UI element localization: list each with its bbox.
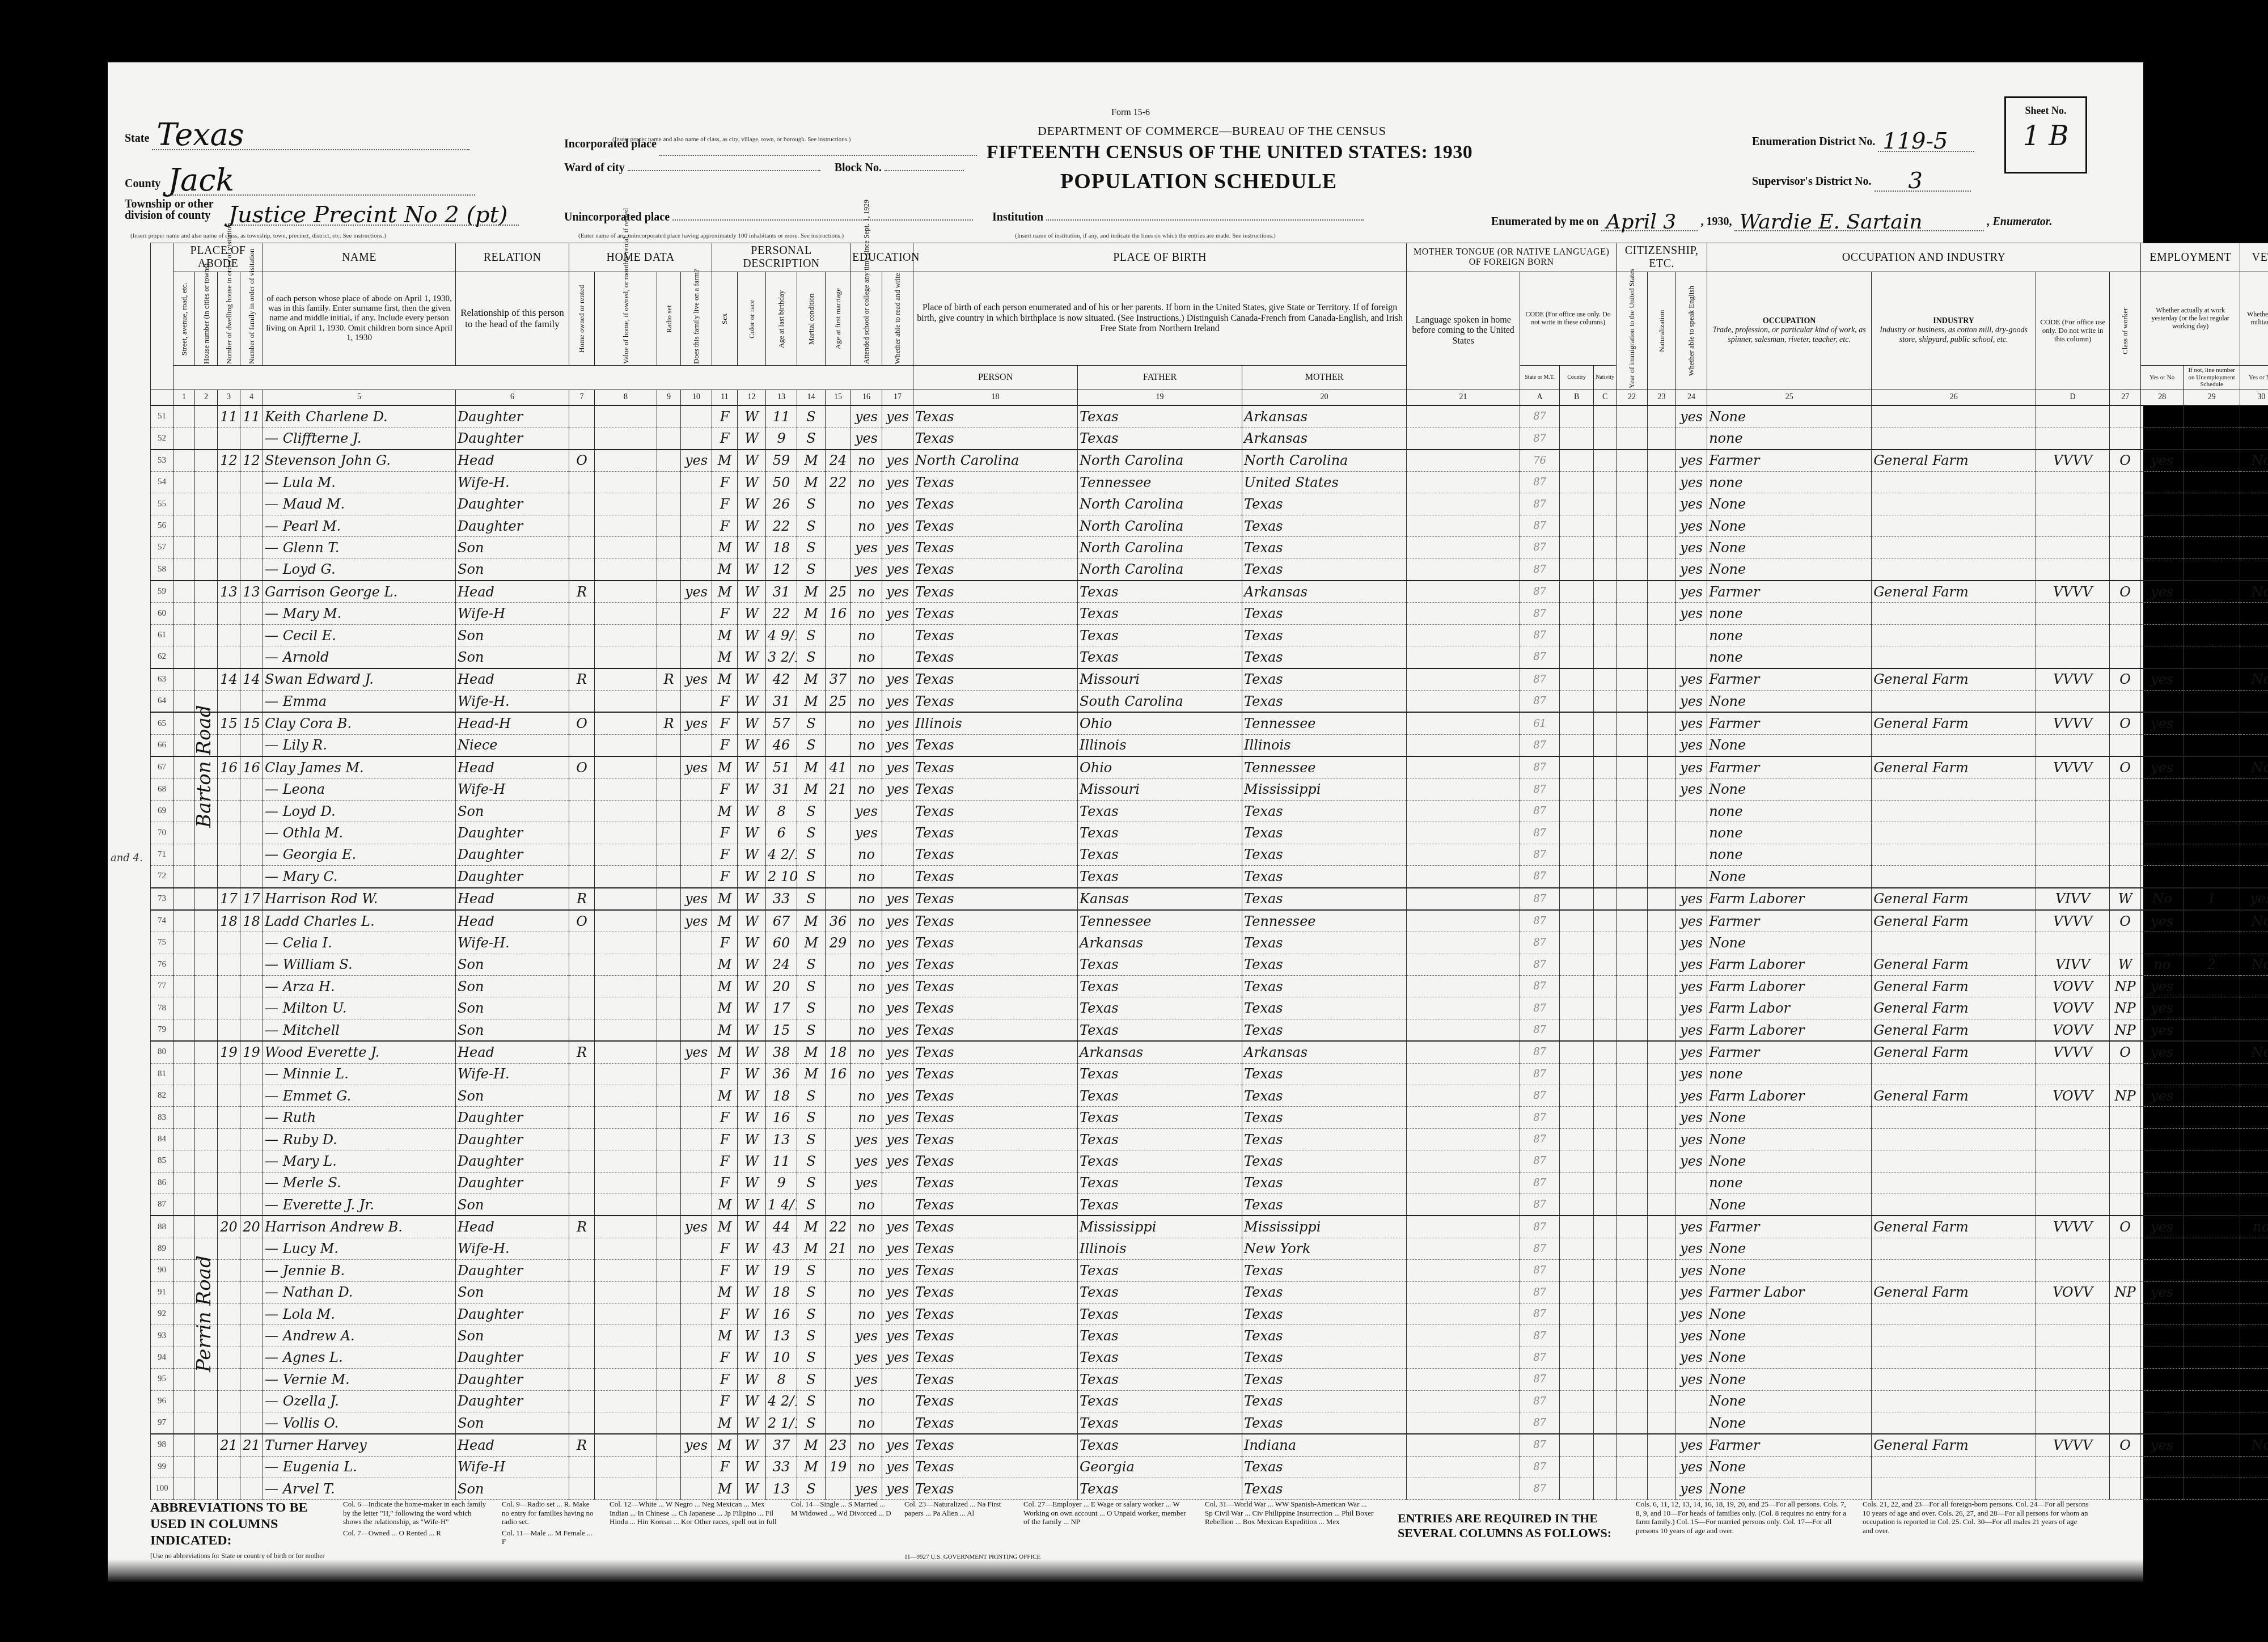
cell-name: Turner Harvey bbox=[263, 1434, 456, 1456]
cell-occupation: Farm Laborer bbox=[1707, 976, 1872, 997]
cell-school: yes bbox=[851, 1325, 882, 1347]
cell-relation: Wife-H bbox=[456, 778, 569, 800]
cell-class bbox=[2110, 515, 2141, 536]
cell-pob-mother: Texas bbox=[1242, 668, 1407, 691]
cell-dwelling bbox=[218, 1456, 240, 1478]
cell-pob-father: North Carolina bbox=[1078, 558, 1242, 581]
cell-work: yes bbox=[2141, 581, 2184, 603]
cell-relation: Son bbox=[456, 1478, 569, 1500]
cell-occ-code bbox=[2036, 1412, 2110, 1434]
cell-pob-father: Arkansas bbox=[1078, 1041, 1242, 1063]
cell-family bbox=[240, 1194, 263, 1216]
cell-race: W bbox=[738, 1216, 766, 1238]
cell-race: W bbox=[738, 712, 766, 734]
cell-blank bbox=[1617, 581, 1648, 603]
cell-blank bbox=[1407, 932, 1520, 954]
cell-read: yes bbox=[882, 1216, 913, 1238]
column-number: 3 bbox=[218, 390, 240, 405]
cell-blank bbox=[1648, 1478, 1676, 1500]
cell-blank bbox=[1560, 954, 1594, 975]
cell-sex: M bbox=[712, 910, 738, 932]
cell-occupation: none bbox=[1707, 800, 1872, 822]
cell-value bbox=[595, 1063, 657, 1085]
cell-industry bbox=[1872, 1194, 2036, 1216]
cell-name: Ladd Charles L. bbox=[263, 910, 456, 932]
cell-blank bbox=[174, 1172, 195, 1194]
cell-blank bbox=[195, 515, 218, 536]
cell-school: no bbox=[851, 1194, 882, 1216]
cell-blank bbox=[1560, 932, 1594, 954]
cell-age: 33 bbox=[766, 1456, 797, 1478]
cell-blank bbox=[1560, 405, 1594, 428]
cell-speak-english: yes bbox=[1676, 1303, 1707, 1324]
cell-blank bbox=[1594, 1369, 1617, 1390]
cell-work bbox=[2141, 472, 2184, 493]
col-9-header: Radio set bbox=[657, 272, 681, 366]
cell-name: Garrison George L. bbox=[263, 581, 456, 603]
table-row: 68— LeonaWife-HFW31M21noyesTexasMissouri… bbox=[151, 778, 2268, 800]
cell-family bbox=[240, 1019, 263, 1041]
cell-radio bbox=[657, 1412, 681, 1434]
cell-blank bbox=[1560, 646, 1594, 668]
cell-occupation: none bbox=[1707, 1063, 1872, 1085]
cell-age-marr bbox=[826, 1347, 851, 1368]
cell-industry bbox=[1872, 1260, 2036, 1281]
cell-pob: Texas bbox=[913, 1063, 1078, 1085]
cell-unemp bbox=[2184, 1019, 2240, 1041]
cell-unemp bbox=[2184, 581, 2240, 603]
cell-family: 16 bbox=[240, 756, 263, 778]
cell-farm bbox=[681, 1412, 712, 1434]
cell-farm bbox=[681, 537, 712, 558]
cell-age: 4 2/12 bbox=[766, 844, 797, 865]
cell-radio bbox=[657, 405, 681, 428]
cell-race: W bbox=[738, 428, 766, 450]
cell-pob-mother: Arkansas bbox=[1242, 428, 1407, 450]
cell-blank bbox=[1594, 1041, 1617, 1063]
table-row: 62— ArnoldSonMW3 2/12SnoTexasTexasTexas8… bbox=[151, 646, 2268, 668]
cell-blank bbox=[1648, 603, 1676, 624]
cell-line: 66 bbox=[151, 734, 174, 756]
cell-code: 87 bbox=[1520, 668, 1560, 691]
cell-pob: Texas bbox=[913, 888, 1078, 910]
cell-owned: O bbox=[569, 756, 595, 778]
cell-blank bbox=[174, 1303, 195, 1324]
cell-blank bbox=[1617, 1063, 1648, 1085]
cell-read: yes bbox=[882, 712, 913, 734]
cell-name: Swan Edward J. bbox=[263, 668, 456, 691]
cell-sex: F bbox=[712, 822, 738, 844]
cell-blank bbox=[1648, 691, 1676, 713]
cell-line: 97 bbox=[151, 1412, 174, 1434]
cell-age-marr bbox=[826, 405, 851, 428]
cell-age-marr: 21 bbox=[826, 1238, 851, 1259]
cell-blank bbox=[1648, 954, 1676, 975]
abbreviations-footer: ABBREVIATIONS TO BE USED IN COLUMNS INDI… bbox=[150, 1500, 2101, 1568]
cell-value bbox=[595, 1107, 657, 1128]
cell-school: no bbox=[851, 932, 882, 954]
cell-race: W bbox=[738, 734, 766, 756]
cell-work bbox=[2141, 1194, 2184, 1216]
cell-owned bbox=[569, 1281, 595, 1303]
table-row: 801919Wood Everette J.HeadRyesMW38M18noy… bbox=[151, 1041, 2268, 1063]
cell-blank bbox=[1648, 932, 1676, 954]
cell-read: yes bbox=[882, 888, 913, 910]
cell-occupation: None bbox=[1707, 734, 1872, 756]
cell-blank bbox=[174, 646, 195, 668]
cell-marital: M bbox=[797, 691, 826, 713]
cell-dwelling bbox=[218, 1260, 240, 1281]
cell-pob-mother: Texas bbox=[1242, 1456, 1407, 1478]
col-8-header: Value of home, if owned, or monthly rent… bbox=[595, 272, 657, 366]
cell-family: 12 bbox=[240, 450, 263, 472]
cell-race: W bbox=[738, 1260, 766, 1281]
cell-work bbox=[2141, 1128, 2184, 1150]
cell-pob-mother: Texas bbox=[1242, 1172, 1407, 1194]
cell-pob-mother: Texas bbox=[1242, 1128, 1407, 1150]
cell-race: W bbox=[738, 1150, 766, 1172]
cell-school: yes bbox=[851, 1172, 882, 1194]
cell-pob: Texas bbox=[913, 778, 1078, 800]
cell-value bbox=[595, 1085, 657, 1107]
cell-code: 87 bbox=[1520, 954, 1560, 975]
cell-radio bbox=[657, 1150, 681, 1172]
cell-occupation: Farmer bbox=[1707, 581, 1872, 603]
cell-blank bbox=[1594, 910, 1617, 932]
cell-school: no bbox=[851, 976, 882, 997]
cell-industry bbox=[1872, 537, 2036, 558]
cell-race: W bbox=[738, 581, 766, 603]
cell-family bbox=[240, 734, 263, 756]
cell-occ-code bbox=[2036, 1172, 2110, 1194]
column-number: 13 bbox=[766, 390, 797, 405]
cell-blank bbox=[1407, 1260, 1520, 1281]
cell-blank bbox=[1648, 888, 1676, 910]
cell-value bbox=[595, 515, 657, 536]
cell-veteran bbox=[2240, 1412, 2268, 1434]
cell-read: yes bbox=[882, 1085, 913, 1107]
cell-blank bbox=[1407, 888, 1520, 910]
cell-veteran bbox=[2240, 472, 2268, 493]
cell-code: 87 bbox=[1520, 581, 1560, 603]
column-number: 6 bbox=[456, 390, 569, 405]
cell-blank bbox=[1560, 558, 1594, 581]
cell-family bbox=[240, 1128, 263, 1150]
cell-value bbox=[595, 976, 657, 997]
cell-race: W bbox=[738, 844, 766, 865]
cell-work bbox=[2141, 1172, 2184, 1194]
cell-age: 13 bbox=[766, 1128, 797, 1150]
col14-abbrev: Col. 14—Single ... S Married ... M Widow… bbox=[791, 1500, 893, 1517]
cell-age: 24 bbox=[766, 954, 797, 975]
cell-code: 87 bbox=[1520, 1107, 1560, 1128]
population-rows: 511111Keith Charlene D.DaughterFW11Syesy… bbox=[151, 405, 2268, 1500]
cell-occ-code bbox=[2036, 866, 2110, 888]
cell-value bbox=[595, 756, 657, 778]
column-number: 17 bbox=[882, 390, 913, 405]
cell-line: 75 bbox=[151, 932, 174, 954]
cell-age-marr bbox=[826, 1194, 851, 1216]
cell-pob-mother: Texas bbox=[1242, 558, 1407, 581]
cell-blank bbox=[1648, 1019, 1676, 1041]
table-row: 75— Celia I.Wife-H.FW60M29noyesTexasArka… bbox=[151, 932, 2268, 954]
cell-age: 1 4/12 bbox=[766, 1194, 797, 1216]
cell-pob: Texas bbox=[913, 1412, 1078, 1434]
cell-blank bbox=[1594, 997, 1617, 1019]
cell-name: — William S. bbox=[263, 954, 456, 975]
cell-blank bbox=[1407, 603, 1520, 624]
cell-age-marr bbox=[826, 734, 851, 756]
cell-age: 22 bbox=[766, 603, 797, 624]
cell-race: W bbox=[738, 1281, 766, 1303]
cell-class bbox=[2110, 932, 2141, 954]
cell-farm bbox=[681, 734, 712, 756]
cell-blank bbox=[1560, 1325, 1594, 1347]
cell-speak-english: yes bbox=[1676, 1063, 1707, 1085]
cell-radio bbox=[657, 1390, 681, 1412]
cell-occ-code: VIVV bbox=[2036, 888, 2110, 910]
cell-occupation: None bbox=[1707, 493, 1872, 515]
cell-unemp bbox=[2184, 1412, 2240, 1434]
cell-blank bbox=[1617, 1478, 1648, 1500]
cell-sex: F bbox=[712, 493, 738, 515]
table-row: 731717Harrison Rod W.HeadRyesMW33SnoyesT… bbox=[151, 888, 2268, 910]
cell-pob-mother: Texas bbox=[1242, 1478, 1407, 1500]
cell-unemp bbox=[2184, 493, 2240, 515]
cell-occupation: Farmer bbox=[1707, 712, 1872, 734]
cell-marital: S bbox=[797, 1478, 826, 1500]
cell-name: — Jennie B. bbox=[263, 1260, 456, 1281]
column-number: 25 bbox=[1707, 390, 1872, 405]
cell-speak-english: yes bbox=[1676, 1041, 1707, 1063]
cell-blank bbox=[1648, 1150, 1676, 1172]
cell-family: 14 bbox=[240, 668, 263, 691]
cell-family bbox=[240, 997, 263, 1019]
cell-dwelling: 14 bbox=[218, 668, 240, 691]
cell-radio bbox=[657, 624, 681, 646]
cell-pob-mother: Texas bbox=[1242, 1150, 1407, 1172]
cell-radio bbox=[657, 976, 681, 997]
cell-dwelling bbox=[218, 691, 240, 713]
cell-marital: M bbox=[797, 603, 826, 624]
cell-class: O bbox=[2110, 581, 2141, 603]
cell-line: 57 bbox=[151, 537, 174, 558]
cell-age: 15 bbox=[766, 1019, 797, 1041]
cell-pob-father: Texas bbox=[1078, 1281, 1242, 1303]
cell-unemp bbox=[2184, 800, 2240, 822]
cell-blank bbox=[1560, 1172, 1594, 1194]
cell-blank bbox=[174, 603, 195, 624]
cell-marital: S bbox=[797, 1172, 826, 1194]
cell-occ-code: VVVV bbox=[2036, 1041, 2110, 1063]
cell-speak-english: yes bbox=[1676, 778, 1707, 800]
table-row: 85— Mary L.DaughterFW11SyesyesTexasTexas… bbox=[151, 1150, 2268, 1172]
cell-sex: M bbox=[712, 1019, 738, 1041]
cell-family bbox=[240, 603, 263, 624]
cell-read: yes bbox=[882, 1347, 913, 1368]
cell-speak-english: yes bbox=[1676, 1238, 1707, 1259]
cell-speak-english: yes bbox=[1676, 1128, 1707, 1150]
cell-race: W bbox=[738, 954, 766, 975]
cell-school: no bbox=[851, 1303, 882, 1324]
cell-race: W bbox=[738, 1019, 766, 1041]
cell-blank bbox=[195, 1107, 218, 1128]
cell-radio bbox=[657, 1303, 681, 1324]
cell-work bbox=[2141, 1369, 2184, 1390]
cell-unemp bbox=[2184, 537, 2240, 558]
cell-occupation: none bbox=[1707, 646, 1872, 668]
cell-blank bbox=[195, 450, 218, 472]
cell-occupation: Farmer bbox=[1707, 668, 1872, 691]
cell-industry: General Farm bbox=[1872, 712, 2036, 734]
cell-read: yes bbox=[882, 1325, 913, 1347]
home-data-header: HOME DATA bbox=[569, 243, 712, 272]
cell-sex: M bbox=[712, 668, 738, 691]
cell-blank bbox=[1648, 1260, 1676, 1281]
cell-marital: S bbox=[797, 558, 826, 581]
enumerated-field: Enumerated by me on April 3 , 1930, Ward… bbox=[1491, 207, 2053, 231]
table-row: 83— RuthDaughterFW16SnoyesTexasTexasTexa… bbox=[151, 1107, 2268, 1128]
cell-marital: S bbox=[797, 1369, 826, 1390]
table-row: 77— Arza H.SonMW20SnoyesTexasTexasTexas8… bbox=[151, 976, 2268, 997]
cell-occ-code bbox=[2036, 537, 2110, 558]
cell-read: yes bbox=[882, 1150, 913, 1172]
cell-marital: S bbox=[797, 1085, 826, 1107]
cell-farm bbox=[681, 1369, 712, 1390]
cell-line: 55 bbox=[151, 493, 174, 515]
cell-occupation: None bbox=[1707, 1369, 1872, 1390]
cell-relation: Son bbox=[456, 624, 569, 646]
cell-owned bbox=[569, 1303, 595, 1324]
cell-veteran bbox=[2240, 624, 2268, 646]
cell-class: W bbox=[2110, 888, 2141, 910]
cell-code: 87 bbox=[1520, 1325, 1560, 1347]
cell-marital: M bbox=[797, 1238, 826, 1259]
line-number-header bbox=[151, 243, 174, 390]
cell-pob: Texas bbox=[913, 493, 1078, 515]
cell-read: yes bbox=[882, 1456, 913, 1478]
cell-relation: Daughter bbox=[456, 1150, 569, 1172]
cell-blank bbox=[1648, 910, 1676, 932]
table-row: 70— Othla M.DaughterFW6SyesTexasTexasTex… bbox=[151, 822, 2268, 844]
cell-code: 87 bbox=[1520, 624, 1560, 646]
cell-blank bbox=[1648, 537, 1676, 558]
cell-work bbox=[2141, 646, 2184, 668]
cell-read: yes bbox=[882, 1434, 913, 1456]
cell-pob-mother: Texas bbox=[1242, 976, 1407, 997]
cell-farm bbox=[681, 405, 712, 428]
cell-relation: Daughter bbox=[456, 1260, 569, 1281]
line-col-number bbox=[151, 390, 174, 405]
cell-pob-father: Texas bbox=[1078, 997, 1242, 1019]
cell-occ-code bbox=[2036, 646, 2110, 668]
cell-code: 87 bbox=[1520, 734, 1560, 756]
cell-family: 15 bbox=[240, 712, 263, 734]
cell-class: NP bbox=[2110, 997, 2141, 1019]
cell-radio bbox=[657, 778, 681, 800]
cell-sex: M bbox=[712, 646, 738, 668]
column-number: 2 bbox=[195, 390, 218, 405]
cell-blank bbox=[1648, 1456, 1676, 1478]
cell-class bbox=[2110, 428, 2141, 450]
cell-pob: Texas bbox=[913, 1041, 1078, 1063]
table-row: 72— Mary C.DaughterFW2 10/12SnoTexasTexa… bbox=[151, 866, 2268, 888]
cell-school: yes bbox=[851, 1478, 882, 1500]
tongue-code-header: CODE (For office use only. Do not write … bbox=[1520, 272, 1617, 366]
cell-blank bbox=[1617, 1281, 1648, 1303]
cell-school: yes bbox=[851, 428, 882, 450]
cell-occupation: none bbox=[1707, 624, 1872, 646]
cell-blank bbox=[1617, 822, 1648, 844]
cell-radio bbox=[657, 1456, 681, 1478]
cell-pob-father: Texas bbox=[1078, 822, 1242, 844]
cell-dwelling bbox=[218, 537, 240, 558]
cell-veteran: no bbox=[2240, 1216, 2268, 1238]
cell-dwelling bbox=[218, 646, 240, 668]
cell-speak-english: yes bbox=[1676, 1019, 1707, 1041]
cell-industry bbox=[1872, 1478, 2036, 1500]
cell-blank bbox=[1407, 1390, 1520, 1412]
cell-line: 69 bbox=[151, 800, 174, 822]
table-row: 57— Glenn T.SonMW18SyesyesTexasNorth Car… bbox=[151, 537, 2268, 558]
cell-class bbox=[2110, 844, 2141, 865]
table-row: 100— Arvel T.SonMW13SyesyesTexasTexasTex… bbox=[151, 1478, 2268, 1500]
cell-age: 51 bbox=[766, 756, 797, 778]
cell-farm bbox=[681, 976, 712, 997]
cell-relation: Son bbox=[456, 646, 569, 668]
cell-pob: Texas bbox=[913, 1325, 1078, 1347]
cell-work bbox=[2141, 691, 2184, 713]
cell-work bbox=[2141, 558, 2184, 581]
cell-relation: Head bbox=[456, 581, 569, 603]
cell-industry: General Farm bbox=[1872, 756, 2036, 778]
table-row: 91— Nathan D.SonMW18SnoyesTexasTexasTexa… bbox=[151, 1281, 2268, 1303]
cell-radio bbox=[657, 1019, 681, 1041]
table-row: 531212Stevenson John G.HeadOyesMW59M24no… bbox=[151, 450, 2268, 472]
cell-age: 20 bbox=[766, 976, 797, 997]
cell-age-marr bbox=[826, 888, 851, 910]
cell-marital: S bbox=[797, 1150, 826, 1172]
cell-name: — Loyd D. bbox=[263, 800, 456, 822]
enumeration-district-field: Enumeration District No. 119-5 bbox=[1752, 125, 1974, 152]
cell-value bbox=[595, 1194, 657, 1216]
cell-occupation: Farm Laborer bbox=[1707, 954, 1872, 975]
cell-occupation: None bbox=[1707, 405, 1872, 428]
cell-relation: Head bbox=[456, 1216, 569, 1238]
cell-blank bbox=[1407, 1150, 1520, 1172]
cell-pob-father: Texas bbox=[1078, 1478, 1242, 1500]
cell-sex: M bbox=[712, 888, 738, 910]
unincorporated-note: (Enter name of any unincorporated place … bbox=[578, 232, 844, 239]
table-row: 94— Agnes L.DaughterFW10SyesyesTexasTexa… bbox=[151, 1347, 2268, 1368]
cell-pob: Texas bbox=[913, 1369, 1078, 1390]
cell-blank bbox=[1648, 1369, 1676, 1390]
cell-line: 91 bbox=[151, 1281, 174, 1303]
cell-owned bbox=[569, 976, 595, 997]
cell-blank bbox=[1648, 844, 1676, 865]
cell-class bbox=[2110, 493, 2141, 515]
cell-work: yes bbox=[2141, 1085, 2184, 1107]
cell-code: 87 bbox=[1520, 1238, 1560, 1259]
cell-name: Keith Charlene D. bbox=[263, 405, 456, 428]
cell-value bbox=[595, 1019, 657, 1041]
col-5-header: of each person whose place of abode on A… bbox=[263, 272, 456, 366]
cell-owned: R bbox=[569, 888, 595, 910]
cell-relation: Head bbox=[456, 888, 569, 910]
column-number: C bbox=[1594, 390, 1617, 405]
cell-occ-code: VOVV bbox=[2036, 1281, 2110, 1303]
cell-read: yes bbox=[882, 756, 913, 778]
